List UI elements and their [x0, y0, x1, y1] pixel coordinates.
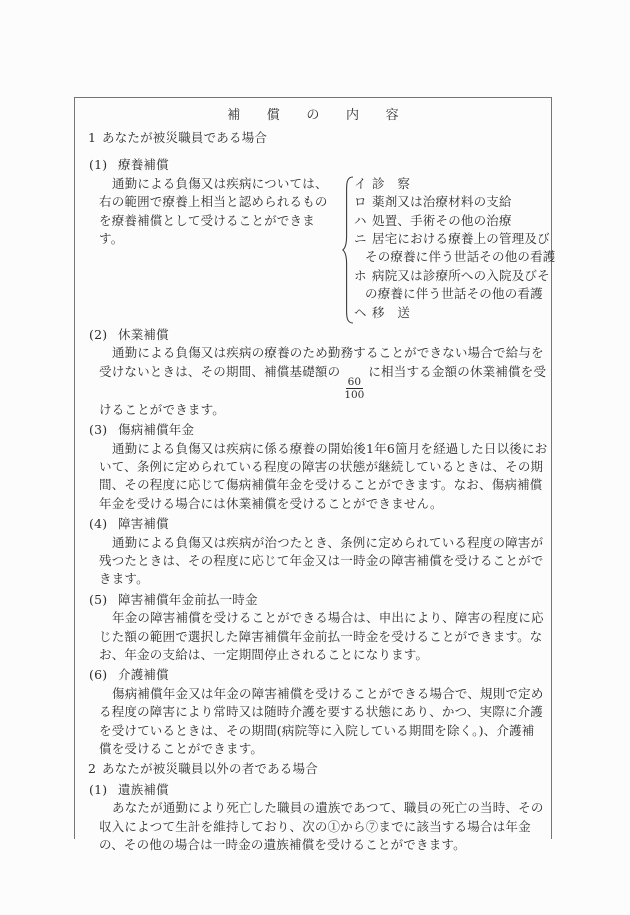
document-border-box: 補 償 の 内 容 1あなたが被災職員である場合 (1)療養補償 通勤による負傷…: [74, 97, 552, 839]
section-1-3-heading: (3)傷病補償年金: [75, 421, 551, 439]
part-2-heading: 2あなたが被災職員以外の者である場合: [75, 760, 551, 778]
paragraph-line: 年金を受ける場合には休業補償を受けることができません。: [99, 495, 551, 513]
paragraph-line: 収入によつて生計を維持しており、次の①から⑦までに該当する場合は年金: [99, 818, 551, 836]
section-1-2-heading: (2)休業補償: [75, 326, 551, 344]
section-1-4-title: 障害補償: [118, 516, 169, 531]
document-title: 補 償 の 内 容: [75, 106, 551, 125]
part-1-number: 1: [88, 129, 102, 147]
care-item-label: ロ: [354, 193, 372, 211]
section-1-6-number: (6): [89, 666, 118, 684]
section-1-4-paragraph: 通勤による負傷又は疾病が治つたとき、条例に定められている程度の障害が 残つたとき…: [99, 534, 551, 589]
paragraph-line: 残つたときは、その程度に応じて年金又は一時金の障害補償を受けることがで: [99, 552, 551, 570]
care-item: ホ病院又は診療所への入院及びそ: [354, 267, 556, 285]
medical-care-paragraph: 通勤による負傷又は疾病については、 右の範囲で療養上相当と認められるもの を療養…: [99, 175, 342, 324]
section-2-1-heading: (1)遺族補償: [75, 781, 551, 799]
section-1-3-paragraph: 通勤による負傷又は疾病に係る療養の開始後1年6箇月を経過した日以後にお いて、条…: [99, 440, 551, 514]
section-1-1-heading: (1)療養補償: [75, 156, 551, 174]
paragraph-line: いて、条例に定められている程度の障害の状態が継続しているときは、その期: [99, 458, 551, 476]
section-1-1-number: (1): [89, 156, 118, 174]
section-2-1-title: 遺族補償: [118, 782, 169, 797]
fraction-denominator: 100: [343, 389, 365, 401]
care-item: ニ居宅における療養上の管理及び: [354, 230, 556, 248]
section-2-1-paragraph: あなたが通勤により死亡した職員の遺族であつて、職員の死亡の当時、その 収入によつ…: [99, 799, 551, 854]
care-item-label: イ: [354, 175, 372, 193]
paragraph-line: 年金の障害補償を受けることができる場合は、申出により、障害の程度に応: [99, 609, 551, 627]
care-items-brace: [342, 175, 354, 324]
paragraph-line: 償を受けることができます。: [99, 740, 551, 758]
section-1-2-title: 休業補償: [118, 327, 169, 342]
paragraph-line: じた額の範囲で選択した障害補償年金前払一時金を受けることができます。な: [99, 628, 551, 646]
section-2-1-number: (1): [89, 781, 118, 799]
care-item: イ診 察: [354, 175, 556, 193]
paragraph-line: 傷病補償年金又は年金の障害補償を受けることができる場合で、規則で定め: [99, 685, 551, 703]
fraction-line-after: に相当する金額の休業補償を受: [368, 364, 546, 379]
care-item-text: 居宅における療養上の管理及び: [372, 231, 550, 246]
care-item-text: 処置、手術その他の治療: [372, 213, 512, 228]
care-item: ロ薬剤又は治療材料の支給: [354, 193, 556, 211]
part-1-title: あなたが被災職員である場合: [102, 130, 267, 145]
medical-care-two-column: 通勤による負傷又は疾病については、 右の範囲で療養上相当と認められるもの を療養…: [99, 175, 551, 324]
care-items-list: イ診 察 ロ薬剤又は治療材料の支給 ハ処置、手術その他の治療 ニ居宅における療養…: [354, 175, 556, 324]
section-1-5-number: (5): [89, 591, 118, 609]
section-1-5-paragraph: 年金の障害補償を受けることができる場合は、申出により、障害の程度に応 じた額の範…: [99, 609, 551, 664]
care-item-text: 診 察: [372, 176, 410, 191]
paragraph-line: を受けているときは、その期間(病院等に入院している期間を除く。)、介護補: [99, 722, 551, 740]
left-brace-icon: [342, 176, 354, 324]
section-1-3-title: 傷病補償年金: [118, 422, 194, 437]
paragraph-line: を療養補償として受けることができま: [99, 212, 342, 230]
scanned-document-page: 補 償 の 内 容 1あなたが被災職員である場合 (1)療養補償 通勤による負傷…: [0, 0, 630, 915]
care-item-label: ハ: [354, 212, 372, 230]
section-1-1-title: 療養補償: [118, 157, 169, 172]
care-item-text: 薬剤又は治療材料の支給: [372, 194, 512, 209]
part-1-heading: 1あなたが被災職員である場合: [75, 129, 551, 147]
paragraph-line: 右の範囲で療養上相当と認められるもの: [99, 193, 342, 211]
paragraph-line: お、年金の支給は、一定期間停止されることになります。: [99, 646, 551, 664]
section-1-6-paragraph: 傷病補償年金又は年金の障害補償を受けることができる場合で、規則で定め る程度の障…: [99, 685, 551, 759]
paragraph-line: けることができます。: [99, 401, 551, 419]
section-1-4-heading: (4)障害補償: [75, 515, 551, 533]
paragraph-line: の、その他の場合は一時金の遺族補償を受けることができます。: [99, 836, 551, 854]
section-1-6-heading: (6)介護補償: [75, 666, 551, 684]
care-item: ハ処置、手術その他の治療: [354, 212, 556, 230]
care-item-label: ホ: [354, 267, 372, 285]
care-item-label: ヘ: [354, 304, 372, 322]
paragraph-line: 通勤による負傷又は疾病が治つたとき、条例に定められている程度の障害が: [99, 534, 551, 552]
paragraph-line: す。: [99, 230, 342, 248]
section-1-5-title: 障害補償年金前払一時金: [118, 592, 258, 607]
paragraph-line-with-fraction: 受けないときは、その期間、補償基礎額の60100に相当する金額の休業補償を受: [99, 363, 551, 401]
fraction-line-before: 受けないときは、その期間、補償基礎額の: [99, 364, 340, 379]
section-1-5-heading: (5)障害補償年金前払一時金: [75, 591, 551, 609]
care-item-continuation: の療養に伴う世話その他の看護: [354, 285, 556, 303]
part-2-number: 2: [88, 760, 102, 778]
section-1-4-number: (4): [89, 515, 118, 533]
paragraph-line: 通勤による負傷又は疾病に係る療養の開始後1年6箇月を経過した日以後にお: [99, 440, 551, 458]
paragraph-line: 間、その程度に応じて傷病補償年金を受けることができます。なお、傷病補償: [99, 476, 551, 494]
section-1-2-number: (2): [89, 326, 118, 344]
paragraph-line: 通勤による負傷又は疾病については、: [99, 175, 342, 193]
care-item-text: 病院又は診療所への入院及びそ: [372, 268, 550, 283]
section-1-2-paragraph: 通勤による負傷又は疾病の療養のため勤務することができない場合で給与を 受けないと…: [99, 344, 551, 419]
section-1-3-number: (3): [89, 421, 118, 439]
fraction-60-100: 60100: [343, 376, 365, 401]
section-1-6-title: 介護補償: [118, 667, 169, 682]
care-item-text: 移 送: [372, 305, 410, 320]
care-item-label: ニ: [354, 230, 372, 248]
care-item-continuation: その療養に伴う世話その他の看護: [354, 248, 556, 266]
paragraph-line: る程度の障害により常時又は随時介護を要する状態にあり、かつ、実際に介護: [99, 703, 551, 721]
paragraph-line: きます。: [99, 570, 551, 588]
paragraph-line: 通勤による負傷又は疾病の療養のため勤務することができない場合で給与を: [99, 344, 551, 362]
fraction-numerator: 60: [346, 376, 363, 389]
care-item: ヘ移 送: [354, 304, 556, 322]
paragraph-line: あなたが通勤により死亡した職員の遺族であつて、職員の死亡の当時、その: [99, 799, 551, 817]
part-2-title: あなたが被災職員以外の者である場合: [102, 761, 318, 776]
